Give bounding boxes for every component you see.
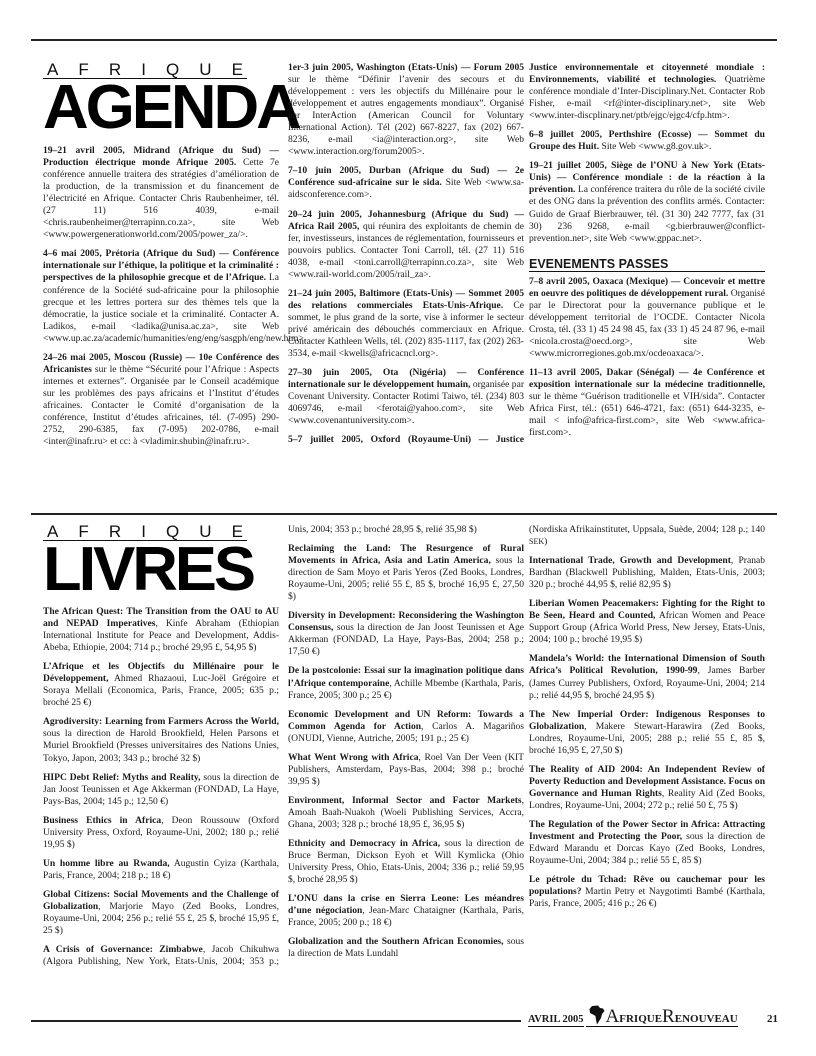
page-footer: AVRIL 2005 AFRIQUERENOUVEAU 21 xyxy=(528,1003,778,1027)
event-item: 19–21 juillet 2005, Siège de l’ONU à New… xyxy=(529,160,765,244)
past-events-heading: EVENEMENTS PASSES xyxy=(529,258,765,272)
agenda-title: AGENDA xyxy=(43,80,284,136)
book-item: Liberian Women Peacemakers: Fighting for… xyxy=(529,598,765,646)
event-item: 1er-3 juin 2005, Washington (Etats-Unis)… xyxy=(288,62,524,158)
book-item: Un homme libre au Rwanda, Augustin Cyiza… xyxy=(43,858,279,882)
book-item: International Trade, Growth and Developm… xyxy=(529,555,765,591)
event-item: 20–24 juin 2005, Johannesburg (Afrique d… xyxy=(288,209,524,281)
book-item: Diversity in Development: Reconsidering … xyxy=(288,610,524,658)
section-divider xyxy=(31,513,777,515)
book-item: HIPC Debt Relief: Myths and Reality, sou… xyxy=(43,772,279,808)
livres-title: LIVRES xyxy=(43,542,284,598)
event-item: 4–6 mai 2005, Prétoria (Afrique du Sud) … xyxy=(43,248,279,344)
event-item: 27–30 juin 2005, Ota (Nigéria) — Confére… xyxy=(288,367,524,427)
top-rule xyxy=(31,39,777,41)
past-event-item: 7–8 avril 2005, Oaxaca (Mexique) — Conce… xyxy=(529,276,765,360)
livres-column-3: (Nordiska Afrikainstitutet, Uppsala, Suè… xyxy=(529,524,765,917)
book-item: Globalization and the Southern African E… xyxy=(288,936,524,960)
book-item: Agrodiversity: Learning from Farmers Acr… xyxy=(43,716,279,764)
agenda-column-3: Justice environnementale et citoyenneté … xyxy=(529,62,765,446)
book-item: What Went Wrong with Africa, Roel Van De… xyxy=(288,752,524,788)
book-item: The Regulation of the Power Sector in Af… xyxy=(529,819,765,867)
book-item: Environment, Informal Sector and Factor … xyxy=(288,795,524,831)
livres-column-1: A F R I Q U E LIVRES The African Quest: … xyxy=(43,524,279,975)
book-item: L’Afrique et les Objectifs du Millénaire… xyxy=(43,661,279,709)
event-item: 21–24 juin 2005, Baltimore (Etats-Unis) … xyxy=(288,288,524,360)
book-item-continued: (Nordiska Afrikainstitutet, Uppsala, Suè… xyxy=(529,524,765,548)
agenda-column-2: 1er-3 juin 2005, Washington (Etats-Unis)… xyxy=(288,62,524,453)
event-item: 6–8 juillet 2005, Perthshire (Ecosse) — … xyxy=(529,129,765,153)
past-event-item: 11–13 avril 2005, Dakar (Sénégal) — 4e C… xyxy=(529,367,765,439)
livres-column-2: Unis, 2004; 353 p.; broché 28,95 $, reli… xyxy=(288,524,524,967)
book-item: L’ONU dans la crise en Sierra Leone: Les… xyxy=(288,893,524,929)
event-item: Justice environnementale et citoyenneté … xyxy=(529,62,765,122)
book-item: Economic Development and UN Reform: Towa… xyxy=(288,709,524,745)
book-item: The African Quest: The Transition from t… xyxy=(43,606,279,654)
book-item: Reclaiming the Land: The Resurgence of R… xyxy=(288,543,524,603)
book-item: Business Ethics in Africa, Deon Roussouw… xyxy=(43,815,279,851)
page-number: 21 xyxy=(767,1013,778,1027)
magazine-logo: AFRIQUERENOUVEAU xyxy=(586,1005,738,1027)
book-item: The New Imperial Order: Indigenous Respo… xyxy=(529,709,765,757)
bottom-rule xyxy=(31,1020,521,1022)
book-item: Le pétrole du Tchad: Rêve ou cauchemar p… xyxy=(529,874,765,910)
book-item: Global Citizens: Social Movements and th… xyxy=(43,889,279,937)
book-item-continued: Unis, 2004; 353 p.; broché 28,95 $, reli… xyxy=(288,524,524,536)
event-item: 19–21 avril 2005, Midrand (Afrique du Su… xyxy=(43,145,279,241)
book-item: The Reality of AID 2004: An Independent … xyxy=(529,764,765,812)
book-item: Ethnicity and Democracy in Africa, sous … xyxy=(288,838,524,886)
event-item-continued: 5–7 juillet 2005, Oxford (Royaume-Uni) —… xyxy=(288,434,524,446)
event-item: 24–26 mai 2005, Moscou (Russie) — 10e Co… xyxy=(43,352,279,448)
book-item: Mandela’s World: the International Dimen… xyxy=(529,653,765,701)
event-item: 7–10 juin 2005, Durban (Afrique du Sud) … xyxy=(288,165,524,201)
book-item: De la postcolonie: Essai sur la imaginat… xyxy=(288,665,524,701)
book-item: A Crisis of Governance: Zimbabwe, Jacob … xyxy=(43,944,279,968)
africa-map-icon xyxy=(589,1005,605,1025)
agenda-column-1: A F R I Q U E AGENDA 19–21 avril 2005, M… xyxy=(43,62,279,455)
issue-date: AVRIL 2005 xyxy=(528,1014,584,1027)
